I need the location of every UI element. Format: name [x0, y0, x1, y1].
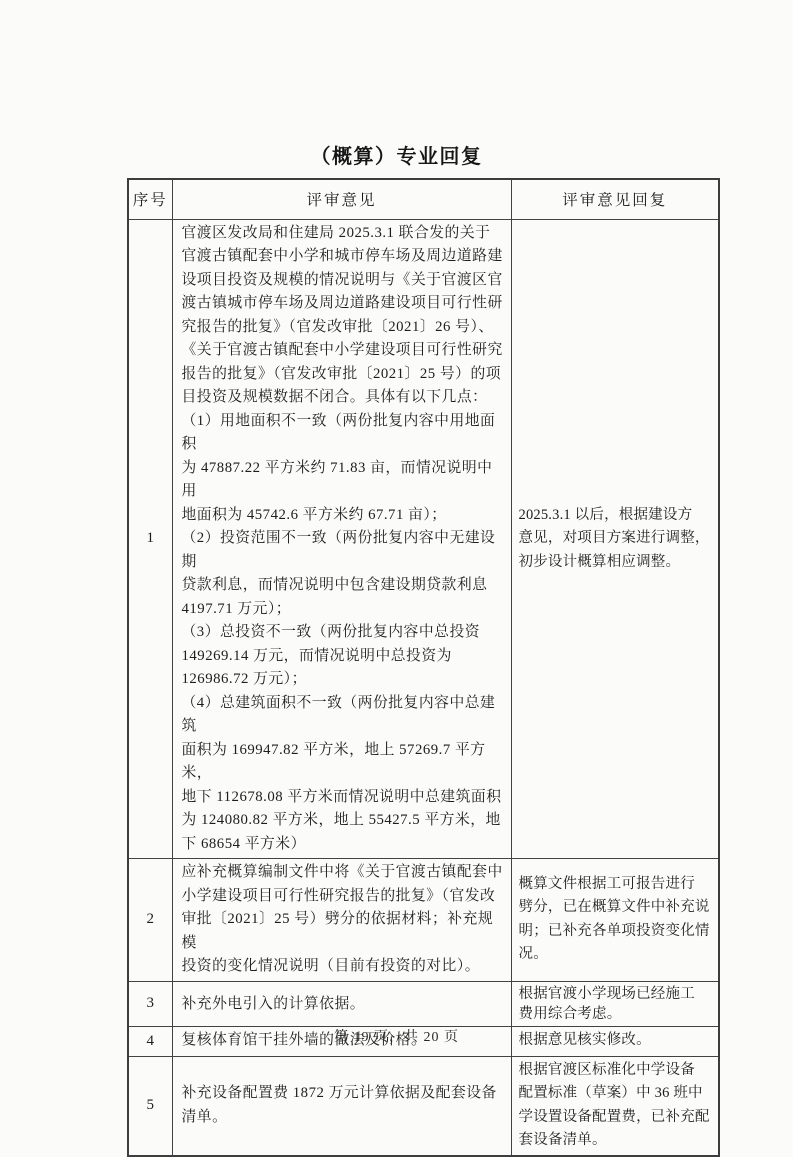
review-comment-cell: 官渡区发改局和住建局 2025.3.1 联合发的关于 官渡古镇配套中小学和城市停… [172, 219, 511, 859]
review-reply-cell: 概算文件根据工可报告进行 劈分，已在概算文件中补充说 明；已补充各单项投资变化情… [511, 859, 719, 982]
table-row: 3 补充外电引入的计算依据。 根据官渡小学现场已经施工 费用综合考虑。 [128, 981, 719, 1026]
header-review-reply: 评审意见回复 [511, 179, 719, 219]
row-number-cell: 1 [128, 219, 172, 859]
review-reply-cell: 根据官渡区标准化中学设备 配置标准（草案）中 36 班中 学设置设备配置费，已补… [511, 1056, 719, 1156]
page-footer: 第 19 页，共 20 页 [0, 1026, 793, 1046]
header-sequence-number: 序号 [128, 179, 172, 219]
review-reply-cell: 2025.3.1 以后，根据建设方 意见，对项目方案进行调整， 初步设计概算相应… [511, 219, 719, 859]
table-header-row: 序号 评审意见 评审意见回复 [128, 179, 719, 219]
review-comment-cell: 补充外电引入的计算依据。 [172, 981, 511, 1026]
review-reply-cell: 根据官渡小学现场已经施工 费用综合考虑。 [511, 981, 719, 1026]
table-row: 2 应补充概算编制文件中将《关于官渡古镇配套中 小学建设项目可行性研究报告的批复… [128, 859, 719, 982]
table-body: 1 官渡区发改局和住建局 2025.3.1 联合发的关于 官渡古镇配套中小学和城… [128, 219, 719, 1156]
header-review-comment: 评审意见 [172, 179, 511, 219]
table-header: 序号 评审意见 评审意见回复 [128, 179, 719, 219]
row-number-cell: 3 [128, 981, 172, 1026]
review-table: 序号 评审意见 评审意见回复 1 官渡区发改局和住建局 2025.3.1 联合发… [127, 178, 720, 1157]
row-number-cell: 2 [128, 859, 172, 982]
table-row: 1 官渡区发改局和住建局 2025.3.1 联合发的关于 官渡古镇配套中小学和城… [128, 219, 719, 859]
row-number-cell: 5 [128, 1056, 172, 1156]
review-comment-cell: 补充设备配置费 1872 万元计算依据及配套设备 清单。 [172, 1056, 511, 1156]
table-row: 5 补充设备配置费 1872 万元计算依据及配套设备 清单。 根据官渡区标准化中… [128, 1056, 719, 1156]
document-page: （概算）专业回复 序号 评审意见 评审意见回复 1 官渡区发改局和住建局 202… [0, 0, 793, 1122]
review-comment-cell: 应补充概算编制文件中将《关于官渡古镇配套中 小学建设项目可行性研究报告的批复》（… [172, 859, 511, 982]
page-title: （概算）专业回复 [0, 140, 793, 169]
